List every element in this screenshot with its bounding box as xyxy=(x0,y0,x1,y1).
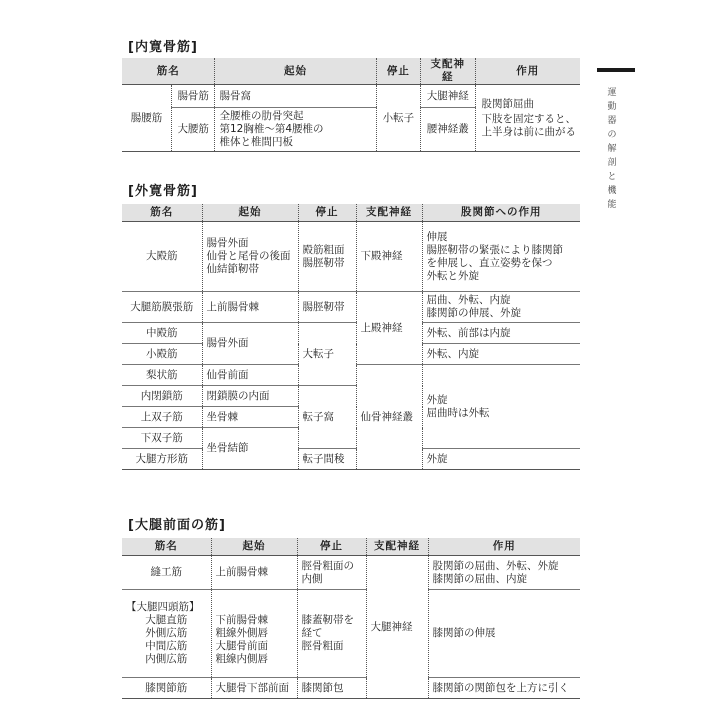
header-nerve: 支配神経 xyxy=(421,58,475,85)
table-row: 中殿筋 腸骨外面 大転子 外転、前部は内旋 xyxy=(122,323,580,344)
header-origin: 起始 xyxy=(215,58,376,85)
origin: 上前腸骨棘 xyxy=(202,292,298,323)
origin: 全腰椎の肋骨突起 第12胸椎〜第4腰椎の 椎体と椎間円板 xyxy=(215,108,376,152)
action: 股関節の屈曲、外転、外旋 膝関節の屈曲、内旋 xyxy=(428,556,580,590)
muscle-name: 膝関節筋 xyxy=(122,678,211,699)
action: 股関節屈曲 下肢を固定すると、 上半身は前に曲がる xyxy=(475,85,580,152)
table-row: 【大腿四頭筋】 大腿直筋 外側広筋 中間広筋 内側広筋 下前腸骨棘 粗線外側唇 … xyxy=(122,590,580,678)
table-header-row: 筋名 起始 停止 支配神経 作用 xyxy=(122,538,580,556)
origin-line: 粗線内側唇 xyxy=(216,653,293,666)
table-row: 腸腰筋 腸骨筋 腸骨窩 小転子 大腿神経 股関節屈曲 下肢を固定すると、 上半身… xyxy=(122,85,580,108)
insertion: 膝関節包 xyxy=(297,678,366,699)
origin-line: 椎体と椎間円板 xyxy=(219,136,371,149)
insertion-line: 脛骨粗面 xyxy=(302,640,362,653)
muscle-name: 下双子筋 xyxy=(122,428,202,449)
action-line: 外転と外旋 xyxy=(427,270,577,283)
origin-line: 粗線外側唇 xyxy=(216,627,293,640)
origin: 腸骨外面 仙骨と尾骨の後面 仙結節靭帯 xyxy=(202,222,298,292)
insertion: 大転子 xyxy=(298,323,356,386)
nerve: 腰神経叢 xyxy=(421,108,475,152)
insertion: 脛骨粗面の 内側 xyxy=(297,556,366,590)
table-header-row: 筋名 起始 停止 支配神経 作用 xyxy=(122,58,580,85)
header-origin: 起始 xyxy=(202,204,298,222)
table-header-row: 筋名 起始 停止 支配神経 股関節への作用 xyxy=(122,204,580,222)
insertion: 殿筋粗面 腸脛靭帯 xyxy=(298,222,356,292)
origin-line: 下前腸骨棘 xyxy=(216,614,293,627)
muscle-name: 上双子筋 xyxy=(122,407,202,428)
table-row: 大腿方形筋 転子間稜 外旋 xyxy=(122,449,580,470)
muscle-name: 大腿筋膜張筋 xyxy=(122,292,202,323)
origin: 下前腸骨棘 粗線外側唇 大腿骨前面 粗線内側唇 xyxy=(211,590,297,678)
origin: 閉鎖膜の内面 xyxy=(202,386,298,407)
header-insertion: 停止 xyxy=(298,204,356,222)
insertion: 転子窩 xyxy=(298,386,356,449)
action-line: 屈曲時は外転 xyxy=(427,407,577,420)
insertion: 転子間稜 xyxy=(298,449,356,470)
table-row: 大殿筋 腸骨外面 仙骨と尾骨の後面 仙結節靭帯 殿筋粗面 腸脛靭帯 下殿神経 伸… xyxy=(122,222,580,292)
side-index-label: 運動器の解剖と機能 xyxy=(606,86,618,212)
nerve: 上殿神経 xyxy=(356,292,422,365)
section-title-anterior-thigh-muscles: [大腿前面の筋] xyxy=(128,514,226,533)
action-line: 股関節屈曲 xyxy=(482,98,577,111)
section-title-outer-hip-muscles: [外寛骨筋] xyxy=(128,180,198,199)
side-index-bar xyxy=(597,68,635,72)
origin: 腸骨窩 xyxy=(215,85,376,108)
action: 膝関節の伸展 xyxy=(428,590,580,678)
action-line: 伸展 xyxy=(427,231,577,244)
insertion-line: 経て xyxy=(302,627,362,640)
header-nerve: 支配神経 xyxy=(356,204,422,222)
insertion: 腸脛靭帯 xyxy=(298,292,356,323)
header-insertion: 停止 xyxy=(297,538,366,556)
action: 外旋 xyxy=(422,449,580,470)
outer-hip-muscles-table: 筋名 起始 停止 支配神経 股関節への作用 大殿筋 腸骨外面 仙骨と尾骨の後面 … xyxy=(122,204,580,470)
origin: 腸骨外面 xyxy=(202,323,298,365)
muscle-name: 大殿筋 xyxy=(122,222,202,292)
insertion: 膝蓋靭帯を 経て 脛骨粗面 xyxy=(297,590,366,678)
muscle-name: 梨状筋 xyxy=(122,365,202,386)
muscle-name: 中殿筋 xyxy=(122,323,202,344)
action: 膝関節の関節包を上方に引く xyxy=(428,678,580,699)
origin-line: 第12胸椎〜第4腰椎の xyxy=(219,123,371,136)
action: 外転、内旋 xyxy=(422,344,580,365)
origin: 仙骨前面 xyxy=(202,365,298,386)
insertion-line: 腸脛靭帯 xyxy=(303,257,352,270)
action: 外転、前部は内旋 xyxy=(422,323,580,344)
insertion-line: 膝蓋靭帯を xyxy=(302,614,362,627)
origin-line: 仙結節靭帯 xyxy=(207,263,294,276)
origin-line: 仙骨と尾骨の後面 xyxy=(207,250,294,263)
muscle-name: 腸骨筋 xyxy=(171,85,215,108)
section-title-inner-hip-muscles: [内寛骨筋] xyxy=(128,36,198,55)
muscle-name-line: 大腿直筋 xyxy=(126,614,207,627)
muscle-name: 縫工筋 xyxy=(122,556,211,590)
muscle-name: 小殿筋 xyxy=(122,344,202,365)
origin-line: 腸骨窩 xyxy=(219,90,371,103)
action: 屈曲、外転、内旋 膝関節の伸展、外旋 xyxy=(422,292,580,323)
muscle-name: 大腰筋 xyxy=(171,108,215,152)
header-action: 作用 xyxy=(428,538,580,556)
muscle-name-line: 外側広筋 xyxy=(126,627,207,640)
header-action: 股関節への作用 xyxy=(422,204,580,222)
action-line: 膝関節の伸展、外旋 xyxy=(427,307,577,320)
action: 伸展 腸脛靭帯の緊張により膝関節 を伸展し、直立姿勢を保つ 外転と外旋 xyxy=(422,222,580,292)
header-origin: 起始 xyxy=(211,538,297,556)
header-nerve: 支配神経 xyxy=(366,538,428,556)
header-muscle-name: 筋名 xyxy=(122,204,202,222)
muscle-name: 【大腿四頭筋】 大腿直筋 外側広筋 中間広筋 内側広筋 xyxy=(122,590,211,678)
muscle-name-line: 中間広筋 xyxy=(126,640,207,653)
table-row: 膝関節筋 大腿骨下部前面 膝関節包 膝関節の関節包を上方に引く xyxy=(122,678,580,699)
muscle-group: 腸腰筋 xyxy=(122,85,171,152)
nerve: 大腿神経 xyxy=(421,85,475,108)
nerve: 下殿神経 xyxy=(356,222,422,292)
origin-line: 大腿骨前面 xyxy=(216,640,293,653)
table-row: 縫工筋 上前腸骨棘 脛骨粗面の 内側 大腿神経 股関節の屈曲、外転、外旋 膝関節… xyxy=(122,556,580,590)
table-row: 大腿筋膜張筋 上前腸骨棘 腸脛靭帯 上殿神経 屈曲、外転、内旋 膝関節の伸展、外… xyxy=(122,292,580,323)
insertion-line: 脛骨粗面の xyxy=(302,560,362,573)
origin: 坐骨棘 xyxy=(202,407,298,428)
action-line: を伸展し、直立姿勢を保つ xyxy=(427,257,577,270)
origin-line: 腸骨外面 xyxy=(207,237,294,250)
action: 外旋 屈曲時は外転 xyxy=(422,365,580,449)
action-line: 上半身は前に曲がる xyxy=(482,126,577,139)
header-muscle-name: 筋名 xyxy=(122,538,211,556)
header-action: 作用 xyxy=(475,58,580,85)
action-line: 下肢を固定すると、 xyxy=(482,113,577,126)
action-line: 屈曲、外転、内旋 xyxy=(427,294,577,307)
action-line: 腸脛靭帯の緊張により膝関節 xyxy=(427,244,577,257)
nerve: 仙骨神経叢 xyxy=(356,365,422,470)
inner-hip-muscles-table: 筋名 起始 停止 支配神経 作用 腸腰筋 腸骨筋 腸骨窩 小転子 大腿神経 股関… xyxy=(122,58,580,152)
muscle-group-label: 【大腿四頭筋】 xyxy=(126,601,207,614)
origin: 上前腸骨棘 xyxy=(211,556,297,590)
action-line: 外旋 xyxy=(427,394,577,407)
origin-line: 全腰椎の肋骨突起 xyxy=(219,110,371,123)
action-line: 股関節の屈曲、外転、外旋 xyxy=(433,560,577,573)
insertion-line: 内側 xyxy=(302,573,362,586)
origin: 大腿骨下部前面 xyxy=(211,678,297,699)
muscle-name: 内閉鎖筋 xyxy=(122,386,202,407)
insertion-line: 殿筋粗面 xyxy=(303,244,352,257)
insertion: 小転子 xyxy=(376,85,421,152)
origin: 坐骨結節 xyxy=(202,428,298,470)
muscle-name-line: 内側広筋 xyxy=(126,653,207,666)
nerve: 大腿神経 xyxy=(366,556,428,699)
header-insertion: 停止 xyxy=(376,58,421,85)
anterior-thigh-muscles-table: 筋名 起始 停止 支配神経 作用 縫工筋 上前腸骨棘 脛骨粗面の 内側 大腿神経… xyxy=(122,538,580,699)
header-muscle-name: 筋名 xyxy=(122,58,215,85)
muscle-name: 大腿方形筋 xyxy=(122,449,202,470)
action-line: 膝関節の屈曲、内旋 xyxy=(433,573,577,586)
